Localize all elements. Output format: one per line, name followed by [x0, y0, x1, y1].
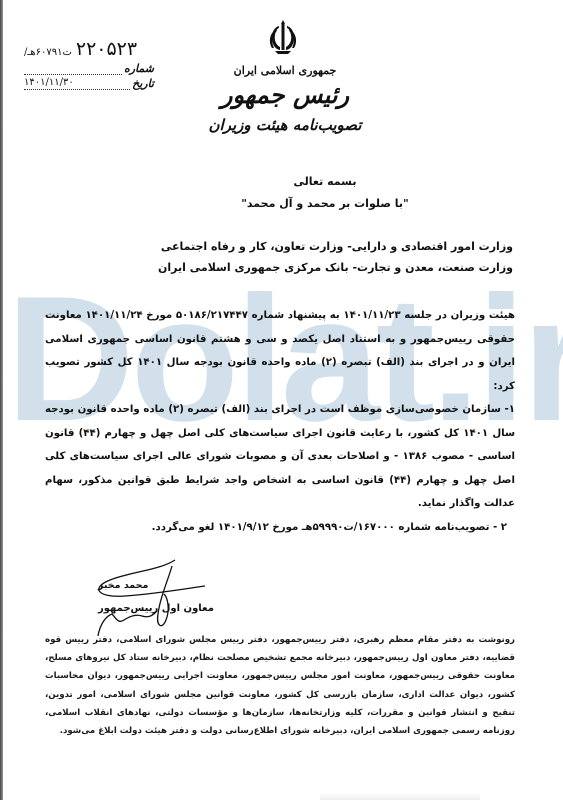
main-reference-number: ۲۲۰۵۲۳	[76, 38, 137, 60]
reference-number-row: /ت۶۰۷۹۱هـ ۲۲۰۵۲۳	[24, 38, 154, 60]
number-field: شماره	[24, 62, 154, 75]
article-2: ۲ - تصویب‌نامه شماره ۱۶۷۰۰۰/ت۵۹۹۹۰هـ مور…	[45, 516, 507, 540]
number-label: شماره	[124, 62, 154, 75]
signatory-title: معاون اول رییس‌جمهور	[98, 603, 214, 614]
decree-body: هیئت وزیران در جلسه ۱۴۰۱/۱۱/۲۳ به پیشنها…	[45, 304, 515, 539]
date-label: تاریخ	[132, 77, 154, 90]
article-1: ۱- سازمان خصوصی‌سازی موظف است در اجرای ب…	[45, 398, 515, 516]
recipients: وزارت امور اقتصادی و دارایی- وزارت تعاون…	[93, 236, 513, 278]
reference-block: /ت۶۰۷۹۱هـ ۲۲۰۵۲۳ شماره تاریخ ۱۴۰۱/۱۱/۳۰	[24, 38, 154, 90]
date-field: تاریخ ۱۴۰۱/۱۱/۳۰	[24, 77, 154, 90]
scan-shadow	[320, 792, 480, 800]
signature-icon	[80, 558, 260, 638]
intro-paragraph: هیئت وزیران در جلسه ۱۴۰۱/۱۱/۲۳ به پیشنها…	[45, 304, 515, 398]
carbon-copy-list: رونوشت به دفتر مقام معظم رهبری، دفتر ریی…	[45, 631, 515, 740]
invocation-line-1: بسمه تعالی	[180, 175, 470, 188]
invocation-line-2: "با صلوات بر محمد و آل محمد"	[180, 197, 470, 210]
recipients-line-2: وزارت صنعت، معدن و تجارت- بانک مرکزی جمه…	[93, 257, 513, 278]
recipients-line-1: وزارت امور اقتصادی و دارایی- وزارت تعاون…	[93, 236, 513, 257]
number-value	[24, 62, 122, 75]
date-value: ۱۴۰۱/۱۱/۳۰	[24, 77, 130, 90]
iran-emblem-icon	[266, 18, 300, 58]
document-type: تصویب‌نامه هیئت وزیران	[180, 116, 390, 134]
country-name: جمهوری اسلامی ایران	[180, 64, 390, 77]
secondary-reference-number: /ت۶۰۷۹۱هـ	[24, 47, 72, 58]
office-title: رئیس جمهور	[180, 80, 390, 109]
decree-document: /ت۶۰۷۹۱هـ ۲۲۰۵۲۳ شماره تاریخ ۱۴۰۱/۱۱/۳۰ …	[0, 0, 563, 800]
signatory-name: محمد مخبر	[98, 580, 148, 591]
